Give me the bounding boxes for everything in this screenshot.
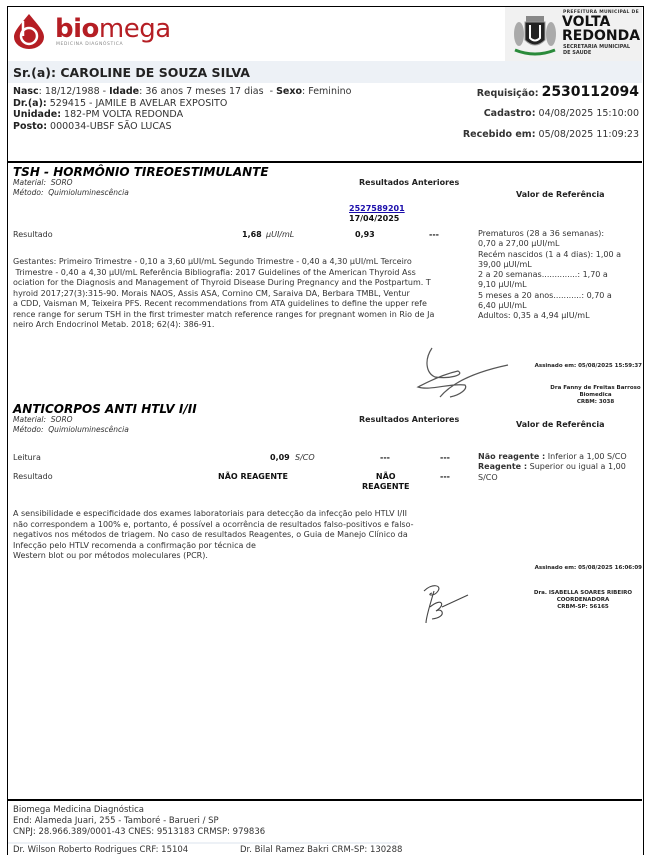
previous-result-line1: NÃO: [362, 472, 409, 482]
method-value: Quimioluminescência: [48, 425, 129, 434]
note-line: neiro Arch Endocrinol Metab. 2018; 62(4)…: [13, 320, 483, 331]
signer-registration: CRBM-SP: 56165: [523, 604, 643, 611]
reference-nonreactive-label: Não reagente :: [478, 452, 545, 461]
post-row: Posto: 000034-UBSF SÃO LUCAS: [13, 121, 351, 133]
result-unit: µUI/mL: [266, 230, 294, 239]
unit-value: 182-PM VOLTA REDONDA: [64, 109, 183, 120]
note-line: Gestantes: Primeiro Trimestre - 0,10 a 3…: [13, 257, 483, 268]
method-label: Método:: [13, 425, 44, 434]
result-value: NÃO REAGENTE: [218, 472, 288, 481]
previous-value-1: 0,93: [355, 230, 375, 239]
birth-value: 18/12/1988: [45, 86, 100, 97]
brand-light: mega: [99, 14, 171, 44]
requisition-label: Requisição:: [477, 88, 539, 99]
doctor-row: Dr.(a): 529415 - JAMILE B AVELAR EXPOSIT…: [13, 98, 351, 110]
footer-registry: CNPJ: 28.966.389/0001-43 CNES: 9513183 C…: [13, 827, 265, 838]
doctor-label: Dr.(a):: [13, 98, 47, 109]
signer-role: Biomedica: [548, 392, 643, 399]
footer-divider: [8, 799, 642, 801]
secretariat-line2: DE SAUDE: [563, 50, 630, 56]
requisition-number: 2530112094: [542, 84, 639, 100]
municipality-secretariat: SECRETARIA MUNICIPAL DE SAUDE: [563, 44, 630, 56]
signer-name: Dra Fanny de Freitas Barroso: [548, 385, 643, 392]
signer-registration: CRBM: 3038: [548, 399, 643, 406]
patient-name-label: Sr.(a):: [13, 65, 56, 80]
exam-method-htlv: Método: Quimioluminescência: [13, 425, 129, 435]
sex-label: Sexo: [276, 86, 302, 97]
reference-line: 5 meses a 20 anos...........: 0,70 a: [478, 291, 644, 301]
signer-name: Dra. ISABELLA SOARES RIBEIRO: [523, 590, 643, 597]
footer-director-1: Dr. Wilson Roberto Rodrigues CRF: 15104: [13, 845, 188, 855]
footer-director-2: Dr. Bilal Ramez Bakri CRM-SP: 130288: [240, 845, 402, 855]
previous-reading-2: ---: [440, 453, 450, 462]
previous-result-line2: REAGENTE: [362, 482, 409, 492]
coat-of-arms-icon: [512, 10, 558, 58]
registration-date: Cadastro: 04/08/2025 15:10:00: [484, 108, 639, 119]
unit-row: Unidade: 182-PM VOLTA REDONDA: [13, 109, 351, 121]
patient-info: Nasc: 18/12/1988 - Idade: 36 anos 7 mese…: [13, 86, 351, 132]
footer-separator: [8, 842, 398, 844]
reference-line: Recém nascidos (1 a 4 dias): 1,00 a: [478, 250, 644, 260]
note-line: a CDD, Vaisman M, Teixeira PFS. Recent r…: [13, 299, 483, 310]
age-value: 36 anos 7 meses 17 dias: [145, 86, 263, 97]
signed-at-tsh: Assinado em: 05/08/2025 15:59:37: [535, 363, 642, 369]
material-value: SORO: [51, 178, 73, 187]
previous-request-link[interactable]: 2527589201: [349, 204, 405, 213]
municipality-name: VOLTA REDONDA: [562, 15, 640, 43]
exam-method-tsh: Método: Quimioluminescência: [13, 188, 129, 198]
notes-htlv: A sensibilidade e especificidade dos exa…: [13, 509, 483, 562]
reading-unit: S/CO: [295, 453, 315, 462]
material-label: Material:: [13, 415, 46, 424]
previous-reading-1: ---: [380, 453, 390, 462]
reference-line: 39,00 µUI/mL: [478, 260, 644, 270]
exam-title-htlv: ANTICORPOS ANTI HTLV I/II: [13, 402, 197, 416]
reference-reactive-text: Superior ou igual a 1,00: [527, 462, 626, 471]
received-label: Recebido em:: [463, 129, 536, 140]
reference-line: Prematuros (28 a 36 semanas):: [478, 229, 644, 239]
previous-date: 17/04/2025: [349, 214, 399, 223]
post-value: 000034-UBSF SÃO LUCAS: [50, 121, 171, 132]
reference-header: Valor de Referência: [516, 190, 605, 199]
signature-tsh-icon: [410, 345, 510, 400]
note-line: negativos nos métodos de triagem. No cas…: [13, 530, 483, 541]
signer-role: COORDENADORA: [523, 597, 643, 604]
post-label: Posto:: [13, 121, 47, 132]
reference-reactive-text2: S/CO: [478, 473, 644, 483]
received-date: Recebido em: 05/08/2025 11:09:23: [463, 129, 639, 140]
material-label: Material:: [13, 178, 46, 187]
received-value: 05/08/2025 11:09:23: [539, 129, 639, 140]
brand-subtitle: MEDICINA DIAGNÓSTICA: [56, 42, 123, 47]
exam-material-tsh: Material: SORO: [13, 178, 73, 188]
exam-title-tsh: TSH - HORMÔNIO TIREOESTIMULANTE: [13, 165, 269, 179]
doctor-value: 529415 - JAMILE B AVELAR EXPOSITO: [50, 98, 228, 109]
signed-at-htlv: Assinado em: 05/08/2025 16:06:09: [535, 565, 642, 571]
material-value: SORO: [51, 415, 73, 424]
note-line: rence range for serum TSH in the first t…: [13, 310, 483, 321]
reference-reactive-label: Reagente :: [478, 462, 527, 471]
reference-nonreactive: Não reagente : Inferior a 1,00 S/CO: [478, 452, 644, 462]
reference-reactive: Reagente : Superior ou igual a 1,00: [478, 462, 644, 472]
reference-nonreactive-text: Inferior a 1,00 S/CO: [545, 452, 626, 461]
result-value: 1,68: [242, 230, 262, 239]
footer-address: End: Alameda Juari, 255 - Tamboré - Baru…: [13, 816, 265, 827]
birth-label: Nasc: [13, 86, 39, 97]
patient-name-value: CAROLINE DE SOUZA SILVA: [60, 65, 250, 80]
previous-results-header: Resultados Anteriores: [359, 415, 459, 424]
reading-value: 0,09: [270, 453, 290, 462]
footer-company-info: Biomega Medicina Diagnóstica End: Alamed…: [13, 805, 265, 838]
note-line: A sensibilidade e especificidade dos exa…: [13, 509, 483, 520]
note-line: ociation for the Diagnosis and Managemen…: [13, 278, 483, 289]
biomega-logo-icon: [12, 13, 46, 49]
reference-values-tsh: Prematuros (28 a 36 semanas):0,70 a 27,0…: [478, 229, 644, 322]
signer-tsh: Dra Fanny de Freitas Barroso Biomedica C…: [548, 385, 643, 406]
signer-htlv: Dra. ISABELLA SOARES RIBEIRO COORDENADOR…: [523, 590, 643, 611]
signature-htlv-icon: [412, 577, 474, 627]
note-line: não correspondem a 100% e, portanto, é p…: [13, 520, 483, 531]
method-value: Quimioluminescência: [48, 188, 129, 197]
unit-label: Unidade:: [13, 109, 61, 120]
previous-results-header: Resultados Anteriores: [359, 178, 459, 187]
note-line: Trimestre - 0,40 a 4,30 µUI/mL Referênci…: [13, 268, 483, 279]
patient-name: Sr.(a): CAROLINE DE SOUZA SILVA: [13, 65, 250, 80]
previous-result-1: NÃO REAGENTE: [362, 472, 409, 492]
reading-label: Leitura: [13, 453, 41, 462]
age-label: Idade: [109, 86, 139, 97]
registration-label: Cadastro:: [484, 108, 536, 119]
note-line: Infecção pelo HTLV recomenda a confirmaç…: [13, 541, 483, 552]
sex-value: Feminino: [308, 86, 351, 97]
brand-bold: bio: [55, 14, 99, 44]
municipality-name-line1: VOLTA: [562, 15, 640, 29]
reference-line: 9,10 µUI/mL: [478, 280, 644, 290]
previous-value-2: ---: [429, 230, 439, 239]
reference-line: 6,40 µUI/mL: [478, 301, 644, 311]
footer-company: Biomega Medicina Diagnóstica: [13, 805, 265, 816]
reference-notes-tsh: Gestantes: Primeiro Trimestre - 0,10 a 3…: [13, 257, 483, 331]
note-line: hyroid 2017;27(3):315-90. Morais NAOS, A…: [13, 289, 483, 300]
registration-value: 04/08/2025 15:10:00: [539, 108, 639, 119]
reference-values-htlv: Não reagente : Inferior a 1,00 S/CO Reag…: [478, 452, 644, 483]
previous-result-2: ---: [440, 472, 450, 481]
reference-line: 2 a 20 semanas..............: 1,70 a: [478, 270, 644, 280]
result-label: Resultado: [13, 230, 53, 239]
brand-logo: biomega: [55, 16, 171, 42]
method-label: Método:: [13, 188, 44, 197]
result-label: Resultado: [13, 472, 53, 481]
patient-birth-row: Nasc: 18/12/1988 - Idade: 36 anos 7 mese…: [13, 86, 351, 98]
municipality-name-line2: REDONDA: [562, 29, 640, 43]
reference-line: 0,70 a 27,00 µUI/mL: [478, 239, 644, 249]
reference-line: Adultos: 0,35 a 4,94 µIU/mL: [478, 311, 644, 321]
section-divider: [8, 161, 642, 163]
exam-material-htlv: Material: SORO: [13, 415, 73, 425]
requisition: Requisição: 2530112094: [477, 84, 639, 100]
note-line: Western blot ou por métodos moleculares …: [13, 551, 483, 562]
reference-header: Valor de Referência: [516, 420, 605, 429]
